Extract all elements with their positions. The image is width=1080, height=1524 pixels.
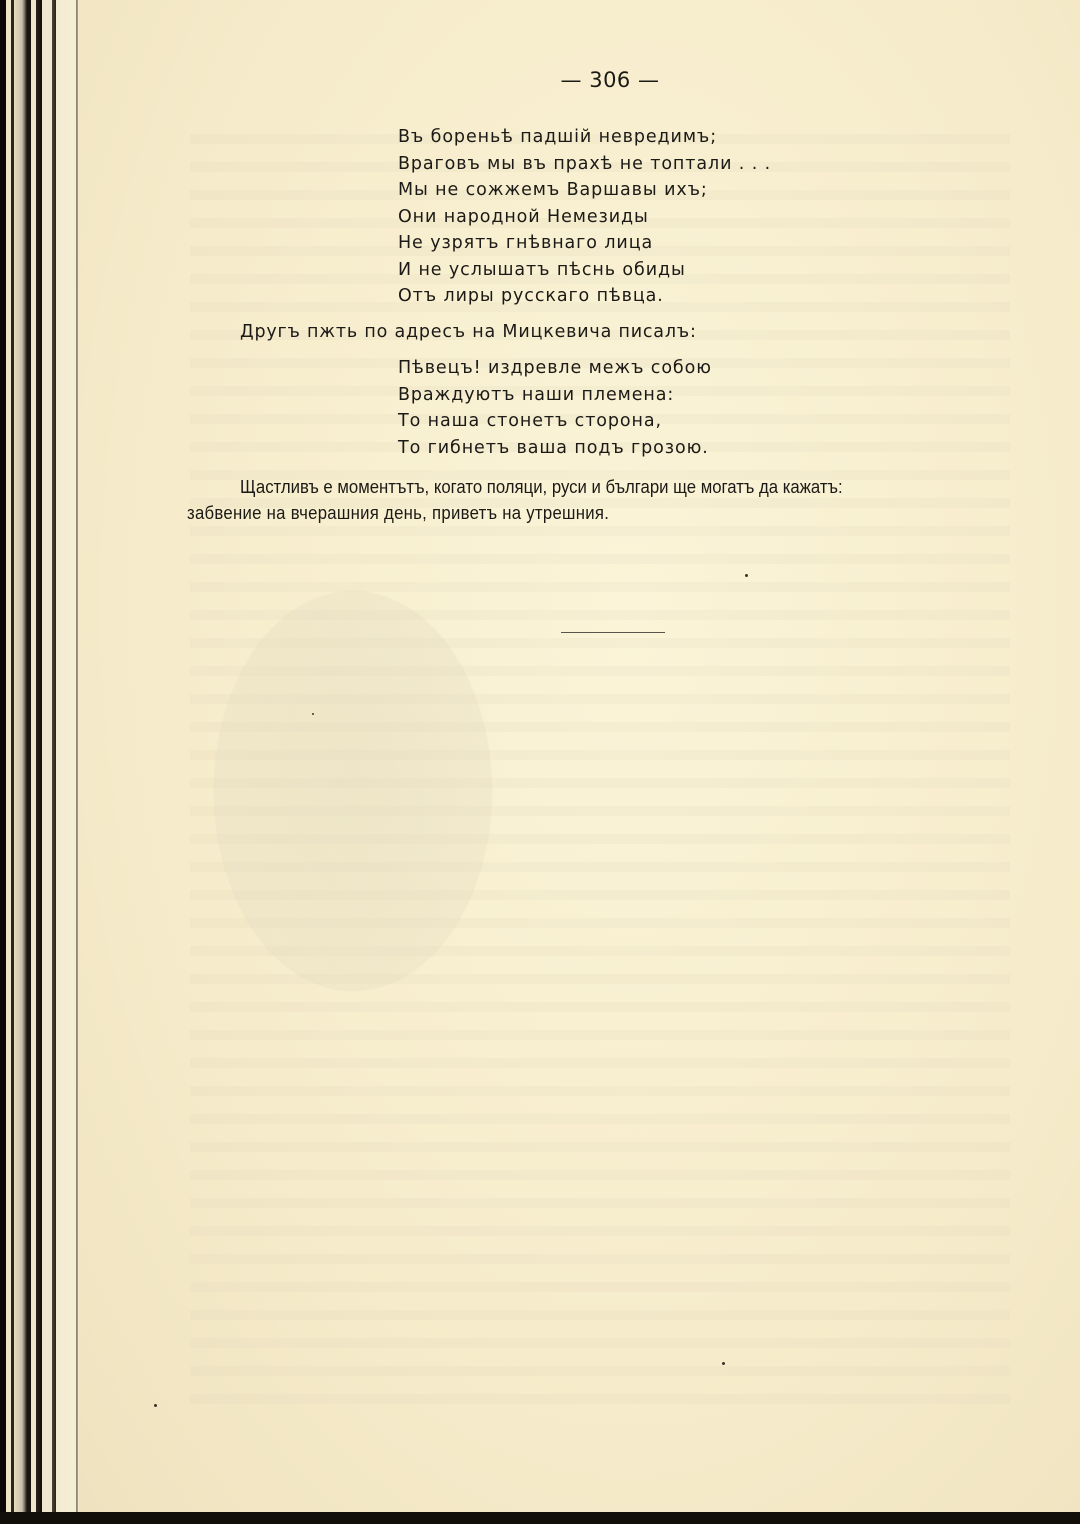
- ink-speck: [722, 1362, 725, 1365]
- ink-speck: [745, 574, 748, 577]
- verse-line: То наша стонетъ сторона,: [398, 408, 712, 435]
- scan-bottom-edge: [0, 1512, 1080, 1524]
- verse-line: То гибнетъ ваша подъ грозою.: [398, 435, 712, 462]
- verse-line: И не услышатъ пѣснь обиды: [398, 257, 771, 284]
- verse-line: Они народной Немезиды: [398, 204, 771, 231]
- verse-stanza-2: Пѣвецъ! издревле межъ собою Враждуютъ на…: [398, 355, 712, 461]
- verse-stanza-1: Въ бореньѣ падшій невредимъ; Враговъ мы …: [398, 124, 771, 310]
- ink-speck: [154, 1404, 157, 1407]
- verse-line: Въ бореньѣ падшій невредимъ;: [398, 124, 771, 151]
- page-stack-edges: [0, 0, 80, 1516]
- ink-speck: [312, 713, 314, 715]
- bleed-through-portrait-oval: [215, 592, 491, 990]
- verse-line: Враждуютъ наши племена:: [398, 382, 712, 409]
- closing-paragraph-line-2: забвение на вчерашния день, приветъ на у…: [187, 503, 609, 524]
- verse-line: Враговъ мы въ прахѣ не топтали . . .: [398, 151, 771, 178]
- verse-line: Мы не сожжемъ Варшавы ихъ;: [398, 177, 771, 204]
- section-end-rule: [561, 632, 665, 633]
- closing-paragraph-line-1: Щастливъ е моментътъ, когато поляци, рус…: [240, 477, 843, 498]
- verse-line: Не узрятъ гнѣвнаго лица: [398, 230, 771, 257]
- verse-line: Отъ лиры русскаго пѣвца.: [398, 283, 771, 310]
- page-number: — 306 —: [0, 68, 1080, 92]
- intro-line: Другъ пжть по адресъ на Мицкевича писалъ…: [240, 322, 697, 342]
- verse-line: Пѣвецъ! издревле межъ собою: [398, 355, 712, 382]
